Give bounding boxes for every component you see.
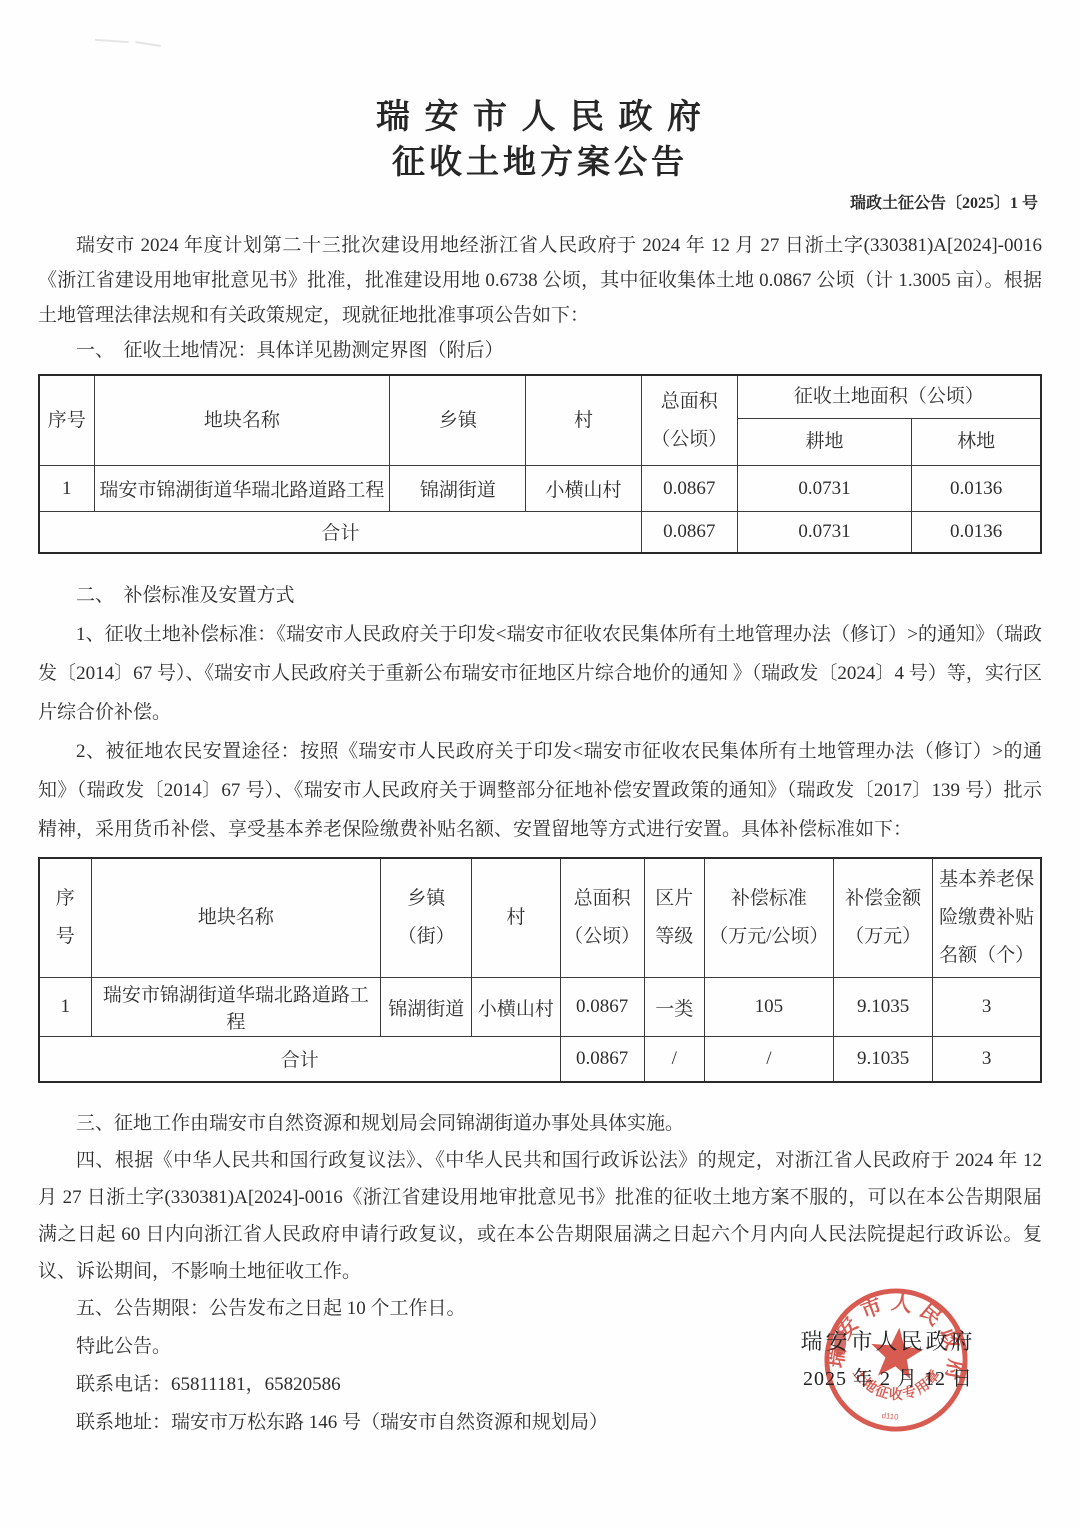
compensation-standard-table: 序 号 地块名称 乡镇（街） 村 总面积 （公顷） 区片 等级 补偿标准 （万元… bbox=[38, 857, 1042, 1083]
t2-header-village: 村 bbox=[472, 858, 560, 978]
t1-cell-forest: 0.0136 bbox=[912, 466, 1041, 512]
t1-total-label: 合计 bbox=[39, 512, 641, 553]
scan-smudge bbox=[95, 38, 165, 48]
t2-total-amount: 9.1035 bbox=[834, 1037, 933, 1082]
t1-header-forest: 林地 bbox=[912, 419, 1041, 466]
signature-organization: 瑞安市人民政府 bbox=[788, 1328, 988, 1356]
t2-total-pension: 3 bbox=[933, 1037, 1041, 1082]
t1-header-name: 地块名称 bbox=[94, 375, 390, 466]
t1-header-farmland: 耕地 bbox=[737, 419, 911, 466]
document-number: 瑞政土征公告〔2025〕1 号 bbox=[38, 192, 1042, 216]
t1-cell-total: 0.0867 bbox=[641, 466, 737, 512]
t2-header-town: 乡镇（街） bbox=[381, 858, 472, 978]
t2-header-zone: 区片 等级 bbox=[644, 858, 704, 978]
t1-total-forest: 0.0136 bbox=[912, 512, 1041, 553]
table-total-row: 合计 0.0867 / / 9.1035 3 bbox=[39, 1037, 1041, 1082]
t2-total-area: 0.0867 bbox=[560, 1037, 644, 1082]
t2-cell-name: 瑞安市锦湖街道华瑞北路道路工程 bbox=[91, 978, 381, 1037]
t2-cell-amount: 9.1035 bbox=[834, 978, 933, 1037]
t1-total-farmland: 0.0731 bbox=[737, 512, 911, 553]
table-row: 1 瑞安市锦湖街道华瑞北路道路工程 锦湖街道 小横山村 0.0867 0.073… bbox=[39, 466, 1041, 512]
t1-header-village: 村 bbox=[526, 375, 641, 466]
t2-cell-no: 1 bbox=[39, 978, 91, 1037]
t2-total-standard: / bbox=[704, 1037, 833, 1082]
t1-header-town: 乡镇 bbox=[390, 375, 526, 466]
t1-cell-farmland: 0.0731 bbox=[737, 466, 911, 512]
t2-cell-town: 锦湖街道 bbox=[381, 978, 472, 1037]
t1-cell-no: 1 bbox=[39, 466, 94, 512]
table-total-row: 合计 0.0867 0.0731 0.0136 bbox=[39, 512, 1041, 553]
t2-header-no: 序 号 bbox=[39, 858, 91, 978]
document-title-line1: 瑞 安 市 人 民 政 府 bbox=[38, 96, 1042, 140]
section-3: 三、征地工作由瑞安市自然资源和规划局会同锦湖街道办事处具体实施。 bbox=[38, 1105, 1042, 1142]
t2-total-label: 合计 bbox=[39, 1037, 560, 1082]
seal-serial: d110 bbox=[881, 1411, 899, 1422]
section-1-heading: 一、 征收土地情况：具体详见勘测定界图（附后） bbox=[38, 333, 1042, 368]
signature-date: 2025 年 2 月 12 日 bbox=[788, 1366, 988, 1392]
section-2-heading: 二、 补偿标准及安置方式 bbox=[38, 578, 1042, 613]
t2-header-pension: 基本养老保险缴费补贴名额（个） bbox=[933, 858, 1041, 978]
table-row: 1 瑞安市锦湖街道华瑞北路道路工程 锦湖街道 小横山村 0.0867 一类 10… bbox=[39, 978, 1041, 1037]
t2-cell-standard: 105 bbox=[704, 978, 833, 1037]
land-expropriation-table: 序号 地块名称 乡镇 村 总面积 （公顷） 征收土地面积（公顷） 耕地 林地 1… bbox=[38, 374, 1042, 554]
document-page: 瑞 安 市 人 民 政 府 征收土地方案公告 瑞政土征公告〔2025〕1 号 瑞… bbox=[0, 0, 1080, 1528]
t2-cell-total: 0.0867 bbox=[560, 978, 644, 1037]
t1-header-no: 序号 bbox=[39, 375, 94, 466]
signature-block: 瑞安市人民政府 2025 年 2 月 12 日 bbox=[788, 1328, 988, 1392]
t1-header-total-area: 总面积 （公顷） bbox=[641, 375, 737, 466]
intro-paragraph: 瑞安市 2024 年度计划第二十三批次建设用地经浙江省人民政府于 2024 年 … bbox=[38, 228, 1042, 333]
t2-header-standard: 补偿标准 （万元/公顷） bbox=[704, 858, 833, 978]
t2-header-name: 地块名称 bbox=[91, 858, 381, 978]
section-4: 四、根据《中华人民共和国行政复议法》、《中华人民共和国行政诉讼法》的规定，对浙江… bbox=[38, 1142, 1042, 1290]
t1-cell-name: 瑞安市锦湖街道华瑞北路道路工程 bbox=[94, 466, 390, 512]
t1-header-expro-group: 征收土地面积（公顷） bbox=[737, 375, 1041, 419]
t1-cell-town: 锦湖街道 bbox=[390, 466, 526, 512]
section-2-item-1: 1、征收土地补偿标准：《瑞安市人民政府关于印发<瑞安市征收农民集体所有土地管理办… bbox=[38, 615, 1042, 732]
t2-cell-zone: 一类 bbox=[644, 978, 704, 1037]
t2-cell-pension: 3 bbox=[933, 978, 1041, 1037]
t2-cell-village: 小横山村 bbox=[472, 978, 560, 1037]
t1-total-area: 0.0867 bbox=[641, 512, 737, 553]
t2-total-zone: / bbox=[644, 1037, 704, 1082]
t2-header-total-area: 总面积 （公顷） bbox=[560, 858, 644, 978]
section-2-item-2: 2、被征地农民安置途径：按照《瑞安市人民政府关于印发<瑞安市征收农民集体所有土地… bbox=[38, 732, 1042, 849]
t1-cell-village: 小横山村 bbox=[526, 466, 641, 512]
t2-header-amount: 补偿金额 （万元） bbox=[834, 858, 933, 978]
document-title-line2: 征收土地方案公告 bbox=[38, 140, 1042, 186]
